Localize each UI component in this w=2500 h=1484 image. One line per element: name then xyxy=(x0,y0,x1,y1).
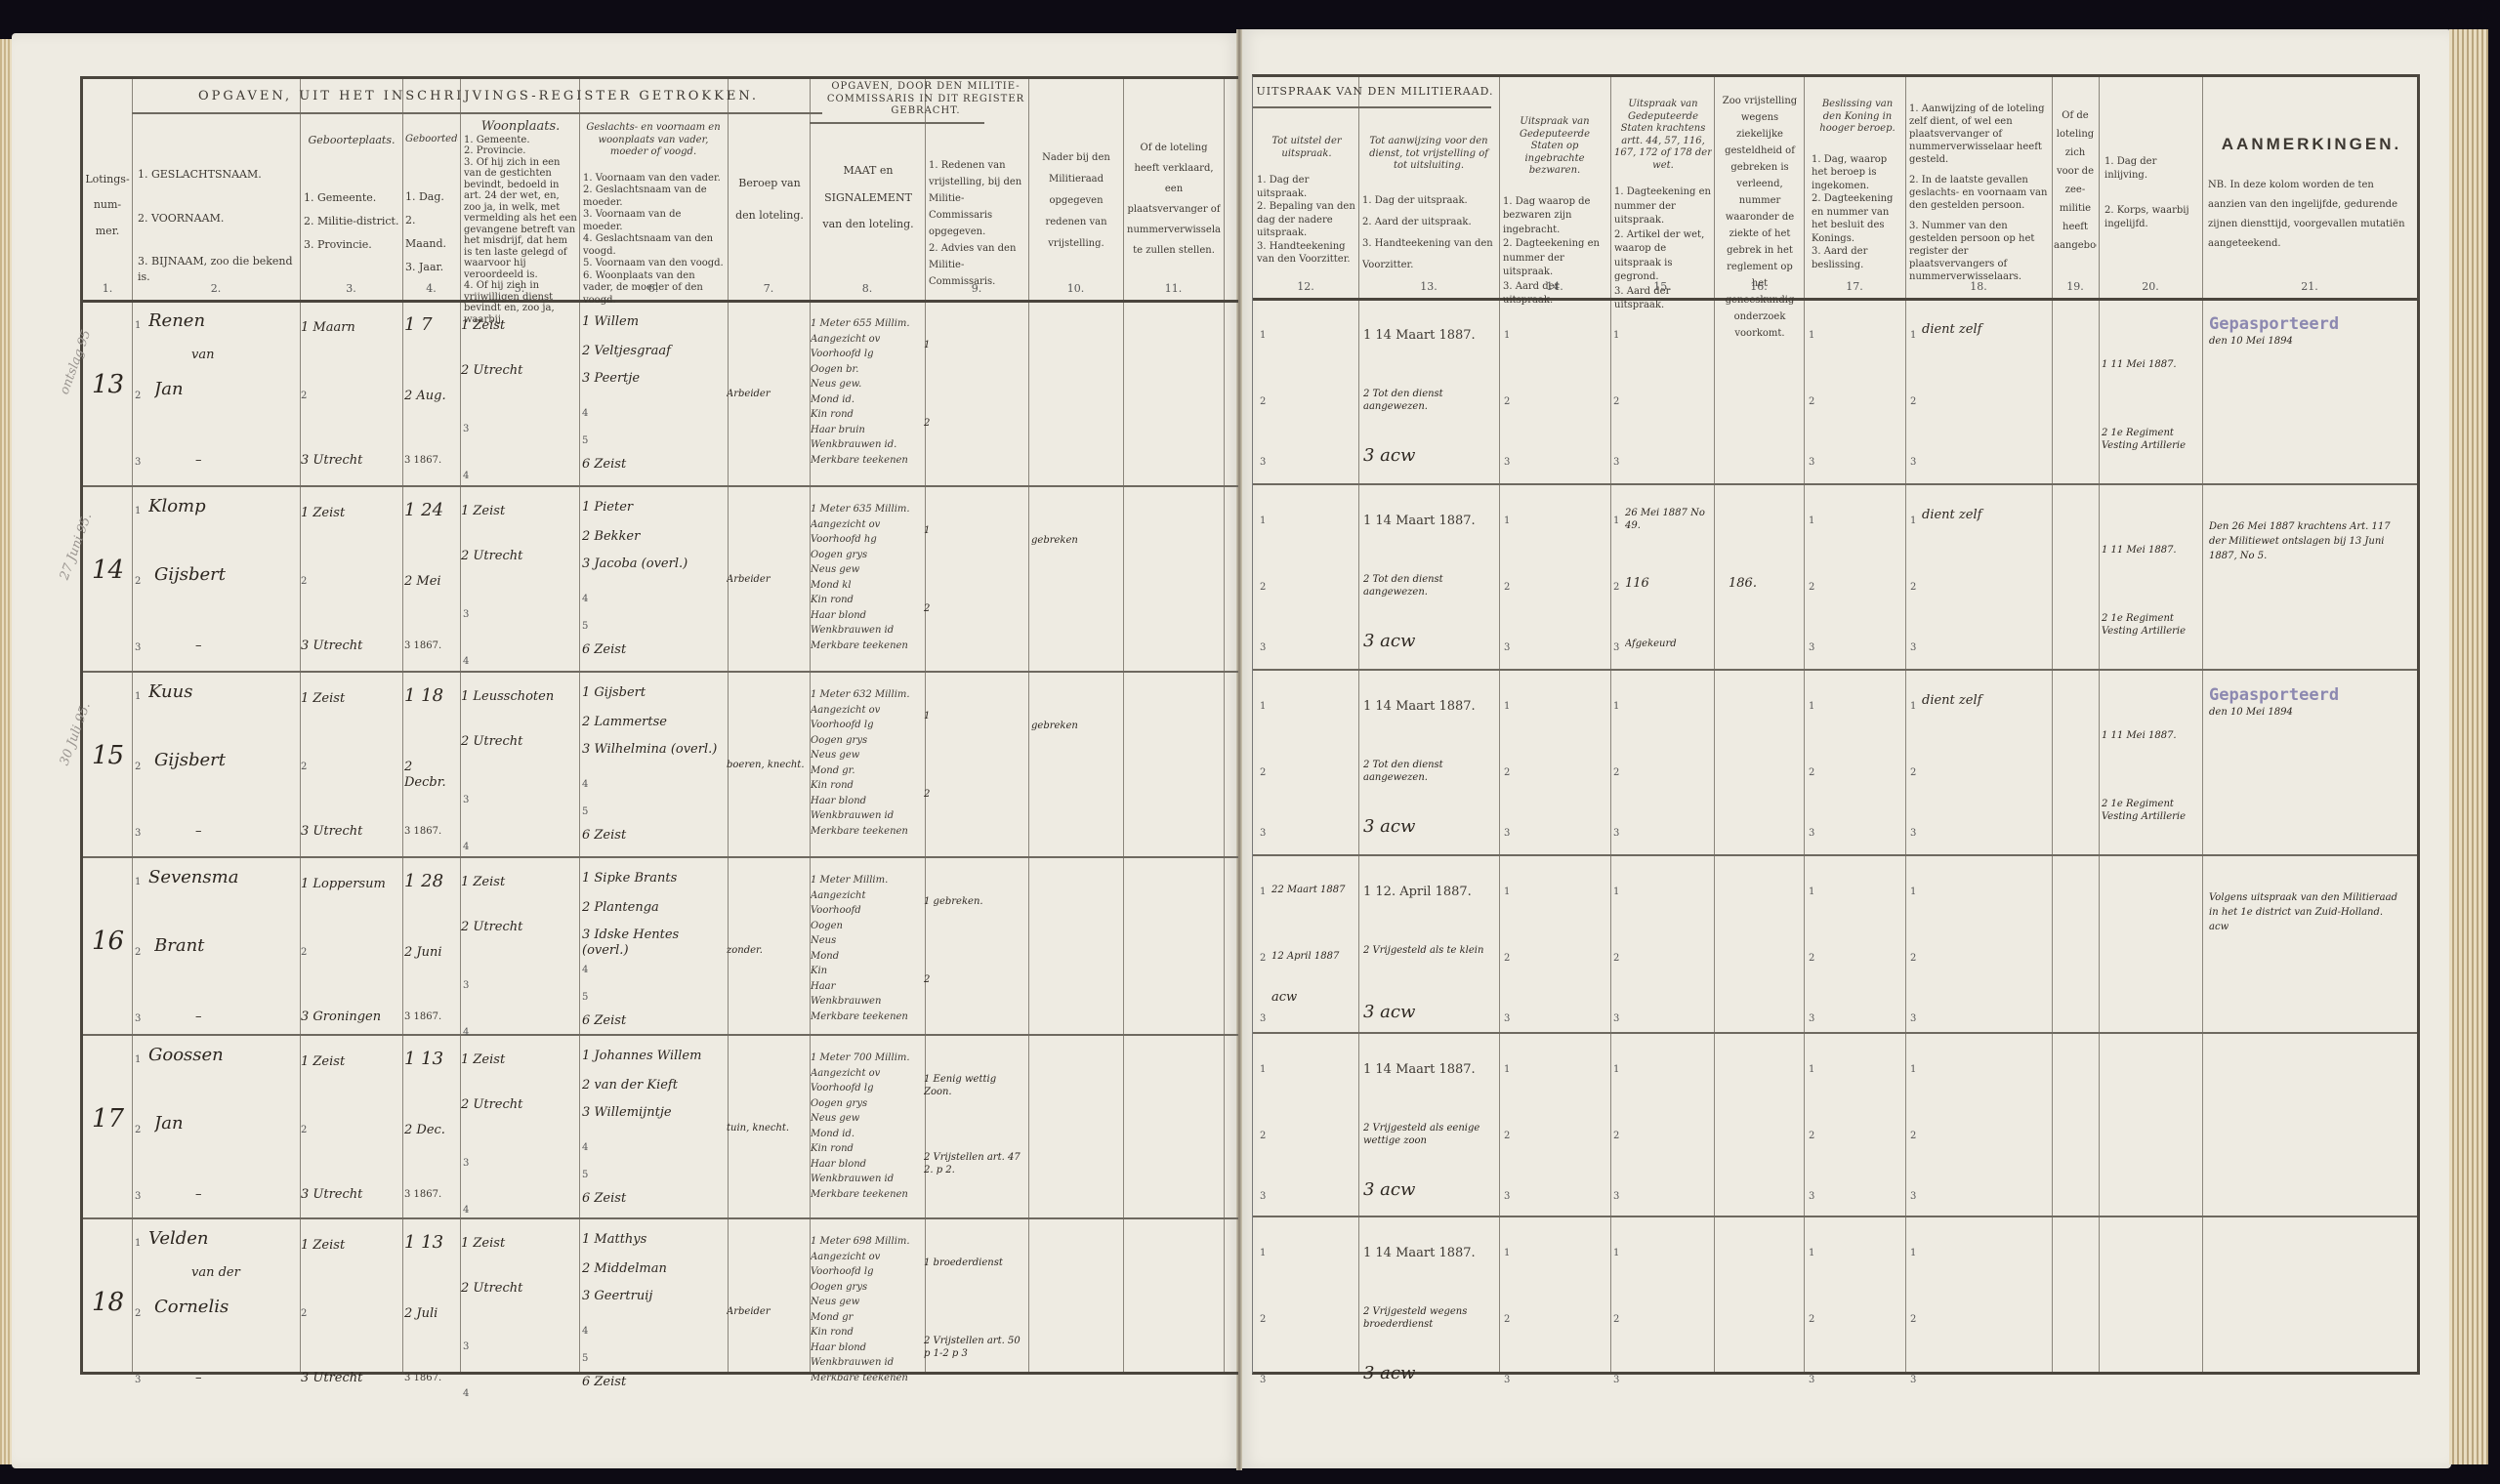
signalement: 1 Meter 635 Millim.Aangezicht ovVoorhoof… xyxy=(811,502,920,653)
signalement: 1 Meter 698 Millim.Aangezicht ovVoorhoof… xyxy=(811,1234,920,1385)
uitspraak-handteekening: 3 acw xyxy=(1363,1179,1500,1202)
col-number: 4. xyxy=(402,282,460,295)
item-marker: 3 xyxy=(463,609,469,620)
col-number: 12. xyxy=(1253,280,1358,293)
geslachtsnaam: Kuus xyxy=(148,681,295,704)
col5-item: 3. Of hij zich in een van de gestichten … xyxy=(464,157,577,281)
item-marker: 2 xyxy=(1613,396,1619,407)
item-marker: 2 xyxy=(1504,953,1510,964)
uitspraak-dag: 1 14 Maart 1887. xyxy=(1363,328,1500,344)
signalement-line: Voorhoofd lg xyxy=(811,1264,920,1280)
woonplaats-provincie: 2 Utrecht xyxy=(461,549,576,564)
col-number: 10. xyxy=(1028,282,1123,295)
geboortedag-dag: 1 28 xyxy=(404,871,455,893)
item-marker: 1 xyxy=(1260,1248,1266,1258)
item-marker: 2 xyxy=(1910,582,1916,593)
item-marker: 4 xyxy=(582,1326,588,1337)
col-divider xyxy=(1610,77,1611,1372)
item-marker: 3 xyxy=(1613,457,1619,468)
item-marker: 1 xyxy=(1613,886,1619,897)
col13-item: 1. Dag der uitspraak. xyxy=(1362,190,1495,212)
geboortedag-maand: 2 Dec. xyxy=(404,1123,455,1138)
moeder-voornaam: 3 Wilhelmina (overl.) xyxy=(582,742,727,758)
col13-item: 3. Handteekening van den Voorzitter. xyxy=(1362,233,1495,276)
col-number: 16. xyxy=(1714,280,1804,293)
advies-commissaris: 2 xyxy=(924,789,1021,802)
page-edges-right xyxy=(2449,29,2488,1464)
signalement-line: Neus gew xyxy=(811,1295,920,1310)
col21-header: AANMERKINGEN. NB. In deze kolom worden d… xyxy=(2208,134,2415,254)
redenen-vrijstelling: 1 xyxy=(924,340,1021,352)
geboorteplaats-gemeente: 1 Zeist xyxy=(301,1238,396,1254)
item-marker: 2 xyxy=(1809,582,1814,593)
signalement-line: Haar blond xyxy=(811,794,920,809)
col-number: 6. xyxy=(579,282,728,295)
item-marker: 2 xyxy=(1809,1314,1814,1325)
item-marker: 2 xyxy=(301,762,307,772)
item-marker: 1 xyxy=(1504,330,1510,341)
col2-item: 1. GESLACHTSNAAM. xyxy=(138,167,294,183)
item-marker: 2 xyxy=(1910,396,1916,407)
item-marker: 2 xyxy=(1260,1314,1266,1325)
geboortedag-maand: 2 Mei xyxy=(404,574,455,590)
vader-voornaam: 1 Willem xyxy=(582,314,727,330)
item-marker: 2 xyxy=(1910,1314,1916,1325)
item-marker: 1 xyxy=(1613,1248,1619,1258)
item-marker: 1 xyxy=(1910,330,1916,341)
col-divider xyxy=(1714,77,1715,1372)
col14-item: 2. Dagteekening en nummer der uitspraak. xyxy=(1503,237,1606,280)
geboorteplaats-gemeente: 1 Zeist xyxy=(301,691,396,707)
col-number: 20. xyxy=(2099,280,2202,293)
item-marker: 2 xyxy=(1504,582,1510,593)
col-divider xyxy=(1358,77,1359,1372)
woonplaats-gemeente: 1 Leusschoten xyxy=(461,689,576,705)
aanmerking: den 10 Mei 1894 xyxy=(2209,334,2404,349)
item-marker: 2 xyxy=(1910,1131,1916,1141)
item-marker: 1 xyxy=(135,320,141,331)
col15-item: 1. Dagteekening en nummer der uitspraak. xyxy=(1614,185,1712,228)
col3-item: 2. Militie-district. xyxy=(304,210,399,233)
uitstel-handteekening: acw xyxy=(1271,990,1359,1006)
moeder-geslachtsnaam: 2 Lammertse xyxy=(582,715,727,730)
signalement-line: Aangezicht ov xyxy=(811,1250,920,1265)
advies-commissaris: 2 Vrijstellen art. 47 2. p 2. xyxy=(924,1152,1021,1176)
col4-item: 2. Maand. xyxy=(405,209,458,256)
col17-item: 2. Dagteekening en nummer van het beslui… xyxy=(1812,192,1903,245)
col-divider xyxy=(925,79,926,1372)
col6-item: 1. Voornaam van den vader. xyxy=(583,173,724,185)
uitspraak-handteekening: 3 acw xyxy=(1363,1002,1500,1024)
geboortedag-dag: 1 24 xyxy=(404,500,455,522)
col12-item: 1. Dag der uitspraak. xyxy=(1257,174,1356,200)
inlijving-korps: 2 1e Regiment Vesting Artillerie xyxy=(2102,428,2199,452)
item-marker: 3 xyxy=(135,1013,141,1024)
item-marker: 3 xyxy=(135,642,141,653)
item-marker: 2 xyxy=(1613,953,1619,964)
item-marker: 1 xyxy=(1910,886,1916,897)
banner-rule xyxy=(1253,106,1491,108)
item-marker: 3 xyxy=(1613,1375,1619,1385)
uitspraak-handteekening: 3 acw xyxy=(1363,1363,1500,1385)
geboortedag-jaar: 3 1867. xyxy=(404,826,455,839)
col5-title: Woonplaats. xyxy=(464,120,577,135)
col-number: 5. xyxy=(460,282,579,295)
uitspraak-aard: 2 Tot den dienst aangewezen. xyxy=(1363,574,1500,598)
row-divider xyxy=(1253,1216,2417,1217)
uitstel-dag: 22 Maart 1887 xyxy=(1271,885,1359,897)
item-marker: 3 xyxy=(1260,1375,1266,1385)
item-marker: 3 xyxy=(1260,642,1266,653)
col2-header: 1. GESLACHTSNAAM. 2. VOORNAAM. 3. BIJNAA… xyxy=(138,167,294,285)
signalement-line: Neus gew xyxy=(811,1111,920,1127)
col-number: 18. xyxy=(1905,280,2052,293)
row-divider xyxy=(83,1034,1238,1036)
item-marker: 5 xyxy=(582,806,588,817)
item-marker: 2 xyxy=(1504,396,1510,407)
col5-item: 2. Provincie. xyxy=(464,145,577,157)
bijnaam: – xyxy=(195,1187,234,1203)
col9-item: 1. Redenen van vrijstelling, bij den Mil… xyxy=(929,157,1024,240)
signalement-line: Wenkbrauwen id xyxy=(811,623,920,639)
item-marker: 4 xyxy=(463,1027,469,1038)
uitspraak-dag: 1 14 Maart 1887. xyxy=(1363,514,1500,529)
item-marker: 2 xyxy=(1613,767,1619,778)
item-marker: 3 xyxy=(463,980,469,991)
geboortedag-jaar: 3 1867. xyxy=(404,1189,455,1202)
uitstel-nadere-dag: 12 April 1887 xyxy=(1271,951,1359,964)
geslachtsnaam: Goossen xyxy=(148,1045,295,1067)
signalement-line: Haar blond xyxy=(811,608,920,624)
col-divider xyxy=(1123,79,1124,1372)
signalement: 1 Meter 655 Millim.Aangezicht ovVoorhoof… xyxy=(811,316,920,468)
row-divider xyxy=(1253,483,2417,485)
item-marker: 2 xyxy=(1809,767,1814,778)
item-marker: 2 xyxy=(301,947,307,958)
item-marker: 5 xyxy=(582,435,588,446)
beroep: Arbeider xyxy=(727,389,807,401)
signalement-line: Aangezicht ov xyxy=(811,332,920,348)
col12-item: 2. Bepaling van den dag der nadere uitsp… xyxy=(1257,200,1356,240)
gs-aard: Afgekeurd xyxy=(1625,639,1713,651)
item-marker: 4 xyxy=(463,656,469,667)
geboortedag-maand: 2 Decbr. xyxy=(404,760,455,792)
moeder-geslachtsnaam: 2 Plantenga xyxy=(582,900,727,916)
signalement-line: Oogen grys xyxy=(811,733,920,749)
signalement-line: Mond gr. xyxy=(811,763,920,779)
item-marker: 2 xyxy=(1504,1131,1510,1141)
col-number: 21. xyxy=(2202,280,2417,293)
voornaam: Gijsbert xyxy=(154,564,301,587)
banner-inschrijving: OPGAVEN, UIT HET INSCHRIJVINGS-REGISTER … xyxy=(132,89,825,104)
signalement-line: Aangezicht ov xyxy=(811,703,920,719)
col-number: 7. xyxy=(728,282,810,295)
item-marker: 5 xyxy=(582,621,588,632)
item-marker: 2 xyxy=(301,1125,307,1135)
banner-rule xyxy=(810,122,984,124)
item-marker: 3 xyxy=(135,1191,141,1202)
item-marker: 1 xyxy=(1613,1064,1619,1075)
dient-zelf: dient zelf xyxy=(1922,322,2049,338)
item-marker: 3 xyxy=(1504,1191,1510,1202)
signalement: 1 Meter 700 Millim.Aangezicht ovVoorhoof… xyxy=(811,1051,920,1202)
signalement-line: Aangezicht ov xyxy=(811,517,920,533)
geboortedag-jaar: 3 1867. xyxy=(404,455,455,468)
item-marker: 3 xyxy=(1504,642,1510,653)
col3-item: 3. Provincie. xyxy=(304,233,399,257)
col-divider xyxy=(728,79,729,1372)
row-divider xyxy=(1253,854,2417,856)
col2-item: 3. BIJNAAM, zoo die bekend is. xyxy=(138,254,294,285)
col8-header: MAAT en SIGNALEMENT van den loteling. xyxy=(813,157,923,238)
item-marker: 2 xyxy=(1613,1314,1619,1325)
item-marker: 3 xyxy=(1910,457,1916,468)
col-number: 9. xyxy=(925,282,1028,295)
item-marker: 2 xyxy=(1260,396,1266,407)
col6-item: 2. Geslachtsnaam van de moeder. xyxy=(583,185,724,209)
item-marker: 1 xyxy=(1504,886,1510,897)
woonplaats-gemeente: 1 Zeist xyxy=(461,1052,576,1068)
uitspraak-dag: 1 14 Maart 1887. xyxy=(1363,699,1500,715)
col19-header: Of de loteling zich voor de zee-militie … xyxy=(2054,106,2097,255)
item-marker: 1 xyxy=(135,1054,141,1065)
item-marker: 4 xyxy=(463,1205,469,1216)
signalement-line: Aangezicht xyxy=(811,888,920,904)
col2-item: 2. VOORNAAM. xyxy=(138,211,294,227)
item-marker: 2 xyxy=(301,391,307,401)
signalement-line: Voorhoofd hg xyxy=(811,532,920,548)
item-marker: 1 xyxy=(1260,1064,1266,1075)
dient-zelf: dient zelf xyxy=(1922,508,2049,523)
item-marker: 3 xyxy=(1910,1191,1916,1202)
item-marker: 2 xyxy=(1260,582,1266,593)
item-marker: 5 xyxy=(582,1353,588,1364)
col17-title: Beslissing van den Koning in hooger bero… xyxy=(1812,99,1903,136)
moeder-voornaam: 3 Idske Hentes (overl.) xyxy=(582,927,727,960)
moeder-voornaam: 3 Willemijntje xyxy=(582,1105,727,1121)
col11-header: Of de loteling heeft verklaard, een plaa… xyxy=(1127,138,1221,261)
item-marker: 1 xyxy=(135,691,141,702)
gs-nummer: 26 Mei 1887 No 49. xyxy=(1625,508,1713,532)
col3-header: Geboorteplaats. 1. Gemeente. 2. Militie-… xyxy=(304,134,399,257)
inlijving-korps: 2 1e Regiment Vesting Artillerie xyxy=(2102,613,2199,638)
col4-header: Geboortedag. 1. Dag. 2. Maand. 3. Jaar. xyxy=(405,134,458,279)
col-divider xyxy=(1224,79,1225,1372)
signalement-line: Haar blond xyxy=(811,1340,920,1356)
geboorteplaats-provincie: 3 Utrecht xyxy=(301,1187,396,1203)
item-marker: 3 xyxy=(1260,457,1266,468)
ziekte-nummer: 186. xyxy=(1729,576,1807,592)
item-marker: 3 xyxy=(1504,1013,1510,1024)
signalement-line: Oogen br. xyxy=(811,362,920,378)
geboortedag-dag: 1 13 xyxy=(404,1049,455,1071)
signalement-line: Haar xyxy=(811,979,920,995)
col-number: 15. xyxy=(1610,280,1714,293)
item-marker: 1 xyxy=(1260,515,1266,526)
item-marker: 1 xyxy=(1809,886,1814,897)
bijnaam: – xyxy=(195,1010,234,1025)
item-marker: 2 xyxy=(1260,767,1266,778)
woonplaats-gemeente: 1 Zeist xyxy=(461,875,576,890)
uitspraak-handteekening: 3 acw xyxy=(1363,445,1500,468)
signalement-line: Kin xyxy=(811,964,920,979)
moeder-voornaam: 3 Peertje xyxy=(582,371,727,387)
moeder-geslachtsnaam: 2 van der Kieft xyxy=(582,1078,727,1093)
woonplaats-provincie: 2 Utrecht xyxy=(461,1097,576,1113)
signalement-line: Kin rond xyxy=(811,778,920,794)
signalement-line: Voorhoofd lg xyxy=(811,718,920,733)
voornaam: Jan xyxy=(154,379,301,401)
col-divider xyxy=(1499,77,1500,1372)
item-marker: 4 xyxy=(582,965,588,975)
moeder-geslachtsnaam: 2 Middelman xyxy=(582,1261,727,1277)
col-divider xyxy=(2099,77,2100,1372)
col1-header: Lotings- num- mer. xyxy=(85,167,130,244)
col4-item: 1. Dag. xyxy=(405,185,458,209)
lotingsnummer: 17 xyxy=(92,1103,131,1135)
signalement-line: Kin rond xyxy=(811,407,920,423)
item-marker: 3 xyxy=(1260,1013,1266,1024)
item-marker: 4 xyxy=(582,594,588,604)
col-number: 3. xyxy=(300,282,402,295)
col14-item: 1. Dag waarop de bezwaren zijn ingebrach… xyxy=(1503,195,1606,238)
item-marker: 1 xyxy=(1613,701,1619,712)
col-number: 11. xyxy=(1123,282,1224,295)
redenen-vrijstelling: 1 broederdienst xyxy=(924,1257,1021,1270)
aanmerking: den 10 Mei 1894 xyxy=(2209,705,2404,720)
geboorteplaats-provincie: 3 Utrecht xyxy=(301,453,396,469)
item-marker: 3 xyxy=(1613,1191,1619,1202)
col4-title: Geboortedag. xyxy=(405,134,458,146)
item-marker: 2 xyxy=(301,576,307,587)
col17-item: 3. Aard der beslissing. xyxy=(1812,245,1903,271)
col12-header: Tot uitstel der uitspraak. 1. Dag der ui… xyxy=(1257,136,1356,267)
col13-title: Tot aanwijzing voor den dienst, tot vrij… xyxy=(1362,136,1495,173)
item-marker: 2 xyxy=(1260,1131,1266,1141)
item-marker: 1 xyxy=(1613,330,1619,341)
lotingsnummer: 13 xyxy=(92,369,131,401)
item-marker: 3 xyxy=(1910,1375,1916,1385)
item-marker: 1 xyxy=(1260,886,1266,897)
item-marker: 4 xyxy=(582,1142,588,1153)
col-number: 1. xyxy=(83,282,132,295)
item-marker: 1 xyxy=(1910,1064,1916,1075)
uitspraak-aard: 2 Tot den dienst aangewezen. xyxy=(1363,760,1500,784)
vader-voornaam: 1 Matthys xyxy=(582,1232,727,1248)
signalement-line: Merkbare teekenen xyxy=(811,639,920,654)
item-marker: 4 xyxy=(463,471,469,481)
item-marker: 2 xyxy=(1809,953,1814,964)
bijnaam: – xyxy=(195,1371,234,1386)
uitspraak-aard: 2 Tot den dienst aangewezen. xyxy=(1363,389,1500,413)
signalement-line: Wenkbrauwen id xyxy=(811,1172,920,1187)
signalement-line: Oogen grys xyxy=(811,1096,920,1112)
geboortedag-dag: 1 18 xyxy=(404,685,455,708)
signalement-line: Mond gr xyxy=(811,1310,920,1326)
tussenvoegsel: van xyxy=(191,348,289,363)
col6-header: Geslachts- en voornaam en woonplaats van… xyxy=(583,122,724,307)
geboorteplaats-provincie: 3 Utrecht xyxy=(301,1371,396,1386)
signalement-line: Neus xyxy=(811,933,920,949)
col-divider xyxy=(579,79,580,1372)
bijnaam: – xyxy=(195,453,234,469)
item-marker: 4 xyxy=(463,1388,469,1399)
item-marker: 3 xyxy=(135,457,141,468)
vader-voornaam: 1 Gijsbert xyxy=(582,685,727,701)
item-marker: 3 xyxy=(1613,828,1619,839)
gepasporteerd-stamp: Gepasporteerd xyxy=(2209,314,2404,335)
item-marker: 2 xyxy=(301,1308,307,1319)
voornaam: Brant xyxy=(154,935,301,958)
uitspraak-aard: 2 Vrijgesteld als eenige wettige zoon xyxy=(1363,1123,1500,1147)
nadere-redenen: gebreken xyxy=(1031,535,1119,548)
redenen-vrijstelling: 1 gebreken. xyxy=(924,896,1021,909)
bijnaam: – xyxy=(195,824,234,840)
col-divider xyxy=(1804,77,1805,1372)
row-divider xyxy=(83,856,1238,858)
signalement-line: Kin rond xyxy=(811,1141,920,1157)
item-marker: 3 xyxy=(1504,828,1510,839)
col-number: 13. xyxy=(1358,280,1499,293)
signalement-line: Kin rond xyxy=(811,593,920,608)
inlijving-korps: 2 1e Regiment Vesting Artillerie xyxy=(2102,799,2199,823)
col13-item: 2. Aard der uitspraak. xyxy=(1362,212,1495,233)
item-marker: 1 xyxy=(1809,515,1814,526)
row-divider xyxy=(83,671,1238,673)
item-marker: 3 xyxy=(1910,1013,1916,1024)
col10-header: Nader bij den Militieraad opgegeven rede… xyxy=(1032,147,1120,255)
col-divider xyxy=(300,79,301,1372)
redenen-vrijstelling: 1 xyxy=(924,711,1021,723)
col-number: 19. xyxy=(2052,280,2099,293)
col15-title: Uitspraak van Gedeputeerde Staten kracht… xyxy=(1614,99,1712,172)
item-marker: 2 xyxy=(1504,767,1510,778)
uitspraak-handteekening: 3 acw xyxy=(1363,816,1500,839)
moeder-geslachtsnaam: 2 Veltjesgraaf xyxy=(582,344,727,359)
geboorteplaats-gemeente: 1 Zeist xyxy=(301,506,396,521)
col18-header: 1. Aanwijzing of de loteling zelf dient,… xyxy=(1909,103,2050,283)
geslachtsnaam: Sevensma xyxy=(148,867,295,889)
bijnaam: – xyxy=(195,639,234,654)
geboortedag-jaar: 3 1867. xyxy=(404,640,455,653)
item-marker: 3 xyxy=(1809,1191,1814,1202)
signalement-line: Merkbare teekenen xyxy=(811,453,920,469)
item-marker: 3 xyxy=(1504,1375,1510,1385)
beroep: tuin, knecht. xyxy=(727,1123,807,1135)
signalement-line: Merkbare teekenen xyxy=(811,1371,920,1386)
item-marker: 5 xyxy=(582,1170,588,1180)
signalement-line: Merkbare teekenen xyxy=(811,1187,920,1203)
item-marker: 1 xyxy=(1910,515,1916,526)
banner-commissaris: OPGAVEN, DOOR DEN MILITIE-COMMISSARIS IN… xyxy=(813,81,1038,118)
signalement-line: Aangezicht ov xyxy=(811,1066,920,1082)
item-marker: 3 xyxy=(463,1341,469,1352)
item-marker: 3 xyxy=(1613,642,1619,653)
col9-header: 1. Redenen van vrijstelling, bij den Mil… xyxy=(929,157,1024,290)
col18-item: 2. In de laatste gevallen geslachts- en … xyxy=(1909,174,2050,212)
signalement-maat: 1 Meter 635 Millim. xyxy=(811,502,920,517)
col-divider xyxy=(1028,79,1029,1372)
item-marker: 2 xyxy=(135,762,141,772)
col-divider xyxy=(2202,77,2203,1372)
geboortedag-maand: 2 Juni xyxy=(404,945,455,961)
inlijving-dag: 1 11 Mei 1887. xyxy=(2102,730,2199,743)
moeder-voornaam: 3 Jacoba (overl.) xyxy=(582,556,727,572)
col13-header: Tot aanwijzing voor den dienst, tot vrij… xyxy=(1362,136,1495,276)
col-divider xyxy=(2052,77,2053,1372)
signalement-line: Oogen grys xyxy=(811,1280,920,1296)
lotingsnummer: 18 xyxy=(92,1287,131,1319)
